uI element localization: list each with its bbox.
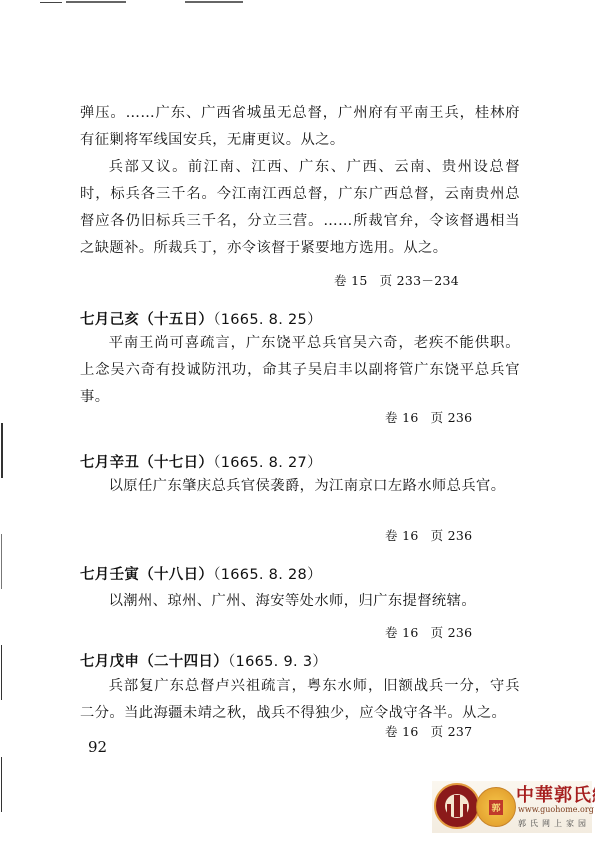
- citation-page: 页 237: [431, 724, 473, 739]
- citation-volume: 卷 16: [385, 528, 419, 543]
- entry-heading-day: 七月壬寅（十八日）: [80, 567, 213, 583]
- citation-page: 页 236: [431, 625, 473, 640]
- citation-page: 页 233－234: [380, 273, 459, 288]
- scan-margin-mark: [1, 757, 2, 812]
- citation: 卷 16页 236: [385, 625, 472, 641]
- entry-heading-day: 七月己亥（十五日）: [80, 312, 213, 328]
- entry-heading: 七月辛丑（十七日）（1665. 8. 27）: [80, 453, 322, 473]
- entry-heading-date: （1665. 8. 28）: [213, 567, 322, 583]
- entry-heading-date: （1665. 8. 25）: [213, 312, 322, 328]
- watermark-slogan: 郭氏网上家园: [518, 818, 590, 829]
- page-number: 92: [88, 738, 107, 756]
- citation: 卷 16页 236: [385, 528, 472, 544]
- citation-volume: 卷 15: [334, 273, 368, 288]
- entry-body: 以原任广东肇庆总兵官侯袭爵，为江南京口左路水师总兵官。: [80, 473, 520, 500]
- scan-margin-mark: [1, 423, 3, 478]
- scan-artifact-rule: [40, 2, 62, 3]
- citation: 卷 15页 233－234: [334, 273, 459, 289]
- entry-heading: 七月己亥（十五日）（1665. 8. 25）: [80, 310, 322, 330]
- citation: 卷 16页 236: [385, 410, 472, 426]
- seal-knot-icon: [434, 783, 480, 829]
- watermark-title: 中華郭氏網: [516, 781, 595, 807]
- watermark-logo: 郭 中華郭氏網 www.guohome.org 郭氏网上家园: [432, 781, 592, 833]
- entry-heading-day: 七月辛丑（十七日）: [80, 455, 213, 471]
- entry-heading-day: 七月戊申（二十四日）: [80, 654, 228, 670]
- entry-heading: 七月戊申（二十四日）（1665. 9. 3）: [80, 652, 327, 672]
- entry-heading-date: （1665. 9. 3）: [228, 654, 327, 670]
- entry-heading: 七月壬寅（十八日）（1665. 8. 28）: [80, 565, 322, 585]
- watermark-url: www.guohome.org: [518, 805, 594, 814]
- continuation-paragraph-1: 弹压。……广东、广西省城虽无总督，广州府有平南王兵，桂林府有征剿将军线国安兵，无…: [80, 100, 520, 154]
- scan-artifact-rule: [66, 1, 126, 3]
- citation-page: 页 236: [431, 410, 473, 425]
- coin-icon: 郭: [476, 787, 516, 827]
- scan-artifact-rule: [185, 1, 243, 3]
- citation-volume: 卷 16: [385, 724, 419, 739]
- citation-page: 页 236: [431, 528, 473, 543]
- scan-margin-mark: [1, 534, 2, 589]
- scan-margin-mark: [1, 645, 2, 700]
- entry-body: 平南王尚可喜疏言，广东饶平总兵官吴六奇，老疾不能供职。上念吴六奇有投诚防汛功，命…: [80, 330, 520, 411]
- entry-heading-date: （1665. 8. 27）: [213, 455, 322, 471]
- entry-body: 以潮州、琼州、广州、海安等处水师，归广东提督统辖。: [80, 588, 520, 615]
- continuation-paragraph-2: 兵部又议。前江南、江西、广东、广西、云南、贵州设总督时，标兵各三千名。今江南江西…: [80, 154, 520, 262]
- entry-body: 兵部复广东总督卢兴祖疏言，粤东水师，旧额战兵一分，守兵二分。当此海疆未靖之秋，战…: [80, 673, 520, 727]
- citation-volume: 卷 16: [385, 625, 419, 640]
- citation: 卷 16页 237: [385, 724, 472, 740]
- citation-volume: 卷 16: [385, 410, 419, 425]
